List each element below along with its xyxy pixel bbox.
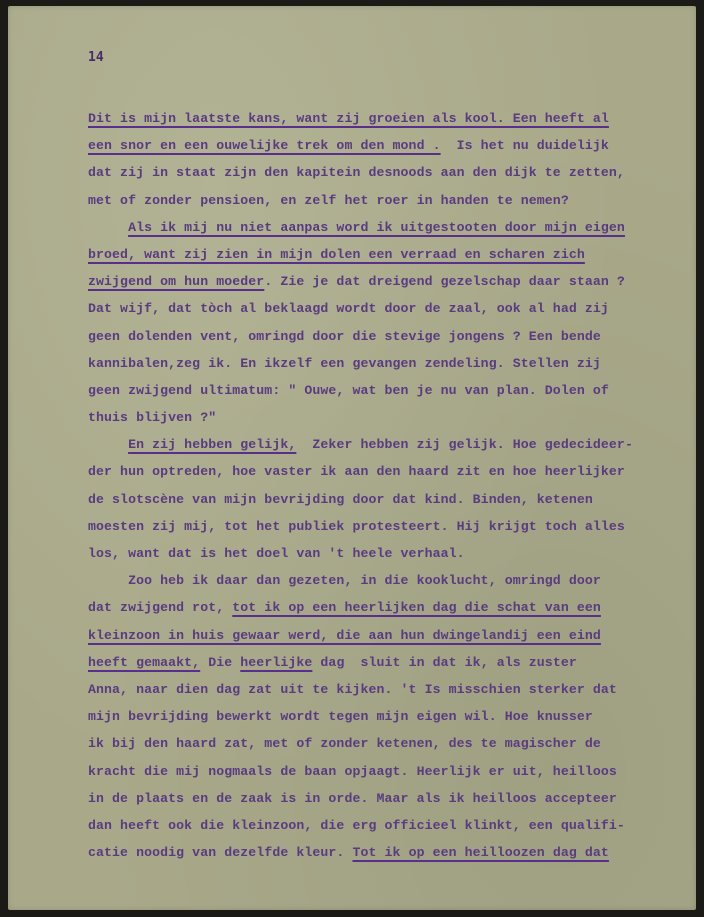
text-segment: thuis blijven ?" bbox=[88, 410, 216, 425]
text-line: ik bij den haard zat, met of zonder kete… bbox=[88, 730, 668, 757]
text-segment: met of zonder pensioen, en zelf het roer… bbox=[88, 193, 569, 208]
text-segment: moesten zij mij, tot het publiek protest… bbox=[88, 519, 625, 534]
text-line: met of zonder pensioen, en zelf het roer… bbox=[88, 187, 668, 214]
text-line: Zoo heb ik daar dan gezeten, in die kook… bbox=[88, 567, 668, 594]
text-line: heeft gemaakt, Die heerlijke dag sluit i… bbox=[88, 649, 668, 676]
text-segment: mijn bevrijding bewerkt wordt tegen mijn… bbox=[88, 709, 593, 724]
paragraph: En zij hebben gelijk, Zeker hebben zij g… bbox=[88, 431, 668, 567]
text-line: En zij hebben gelijk, Zeker hebben zij g… bbox=[88, 431, 668, 458]
text-segment bbox=[88, 437, 128, 452]
paragraph: Zoo heb ik daar dan gezeten, in die kook… bbox=[88, 567, 668, 866]
text-segment: Anna, naar dien dag zat uit te kijken. '… bbox=[88, 682, 617, 697]
text-line: Anna, naar dien dag zat uit te kijken. '… bbox=[88, 676, 668, 703]
text-line: de slotscène van mijn bevrijding door da… bbox=[88, 486, 668, 513]
text-line: dan heeft ook die kleinzoon, die erg off… bbox=[88, 812, 668, 839]
text-line: geen zwijgend ultimatum: " Ouwe, wat ben… bbox=[88, 377, 668, 404]
text-line: kracht die mij nogmaals de baan opjaagt.… bbox=[88, 758, 668, 785]
underlined-text: zwijgend om hun moeder bbox=[88, 274, 264, 289]
text-segment: dag sluit in dat ik, als zuster bbox=[312, 655, 576, 670]
paragraph: Als ik mij nu niet aanpas word ik uitges… bbox=[88, 214, 668, 432]
paragraph: Dit is mijn laatste kans, want zij groei… bbox=[88, 105, 668, 214]
text-line: dat zij in staat zijn den kapitein desno… bbox=[88, 159, 668, 186]
text-line: moesten zij mij, tot het publiek protest… bbox=[88, 513, 668, 540]
text-segment: de slotscène van mijn bevrijding door da… bbox=[88, 492, 593, 507]
text-segment: kannibalen,zeg ik. En ikzelf een gevange… bbox=[88, 356, 601, 371]
text-line: catie noodig van dezelfde kleur. Tot ik … bbox=[88, 839, 668, 866]
document-body: Dit is mijn laatste kans, want zij groei… bbox=[88, 105, 668, 866]
underlined-text: En zij hebben gelijk, bbox=[128, 437, 296, 452]
text-line: Dit is mijn laatste kans, want zij groei… bbox=[88, 105, 668, 132]
underlined-text: broed, want zij zien in mijn dolen een v… bbox=[88, 247, 585, 262]
text-segment: dat zwijgend rot, bbox=[88, 600, 232, 615]
text-line: mijn bevrijding bewerkt wordt tegen mijn… bbox=[88, 703, 668, 730]
text-line: broed, want zij zien in mijn dolen een v… bbox=[88, 241, 668, 268]
underlined-text: Tot ik op een heilloozen dag dat bbox=[352, 845, 608, 860]
text-line: geen dolenden vent, omringd door die ste… bbox=[88, 323, 668, 350]
text-segment: Dat wijf, dat tòch al beklaagd wordt doo… bbox=[88, 301, 609, 316]
text-line: een snor en een ouwelijke trek om den mo… bbox=[88, 132, 668, 159]
underlined-text: tot ik op een heerlijken dag die schat v… bbox=[232, 600, 601, 615]
text-segment: Is het nu duidelijk bbox=[441, 138, 609, 153]
underlined-text: heerlijke bbox=[240, 655, 312, 670]
text-segment: Die bbox=[200, 655, 240, 670]
text-segment: Zoo heb ik daar dan gezeten, in die kook… bbox=[88, 573, 601, 588]
text-segment: geen zwijgend ultimatum: " Ouwe, wat ben… bbox=[88, 383, 609, 398]
text-segment: dan heeft ook die kleinzoon, die erg off… bbox=[88, 818, 625, 833]
text-segment: in de plaats en de zaak is in orde. Maar… bbox=[88, 791, 617, 806]
underlined-text: een snor en een ouwelijke trek om den mo… bbox=[88, 138, 441, 153]
text-line: dat zwijgend rot, tot ik op een heerlijk… bbox=[88, 594, 668, 621]
text-segment bbox=[88, 220, 128, 235]
text-line: in de plaats en de zaak is in orde. Maar… bbox=[88, 785, 668, 812]
text-line: los, want dat is het doel van 't heele v… bbox=[88, 540, 668, 567]
text-segment: dat zij in staat zijn den kapitein desno… bbox=[88, 165, 625, 180]
text-segment: catie noodig van dezelfde kleur. bbox=[88, 845, 352, 860]
underlined-text: heeft gemaakt, bbox=[88, 655, 200, 670]
text-line: zwijgend om hun moeder. Zie je dat dreig… bbox=[88, 268, 668, 295]
text-line: kannibalen,zeg ik. En ikzelf een gevange… bbox=[88, 350, 668, 377]
text-line: thuis blijven ?" bbox=[88, 404, 668, 431]
text-segment: kracht die mij nogmaals de baan opjaagt.… bbox=[88, 764, 617, 779]
text-line: der hun optreden, hoe vaster ik aan den … bbox=[88, 458, 668, 485]
text-segment: ik bij den haard zat, met of zonder kete… bbox=[88, 736, 601, 751]
underlined-text: Dit is mijn laatste kans, want zij groei… bbox=[88, 111, 609, 126]
text-line: kleinzoon in huis gewaar werd, die aan h… bbox=[88, 622, 668, 649]
text-line: Als ik mij nu niet aanpas word ik uitges… bbox=[88, 214, 668, 241]
underlined-text: kleinzoon in huis gewaar werd, die aan h… bbox=[88, 628, 601, 643]
page-number: 14 bbox=[88, 50, 104, 65]
text-segment: . Zie je dat dreigend gezelschap daar st… bbox=[264, 274, 625, 289]
text-line: Dat wijf, dat tòch al beklaagd wordt doo… bbox=[88, 295, 668, 322]
text-segment: der hun optreden, hoe vaster ik aan den … bbox=[88, 464, 625, 479]
typewritten-page: 14 Dit is mijn laatste kans, want zij gr… bbox=[8, 6, 696, 910]
text-segment: Zeker hebben zij gelijk. Hoe gedecideer- bbox=[296, 437, 633, 452]
text-segment: los, want dat is het doel van 't heele v… bbox=[88, 546, 465, 561]
underlined-text: Als ik mij nu niet aanpas word ik uitges… bbox=[128, 220, 625, 235]
text-segment: geen dolenden vent, omringd door die ste… bbox=[88, 329, 601, 344]
